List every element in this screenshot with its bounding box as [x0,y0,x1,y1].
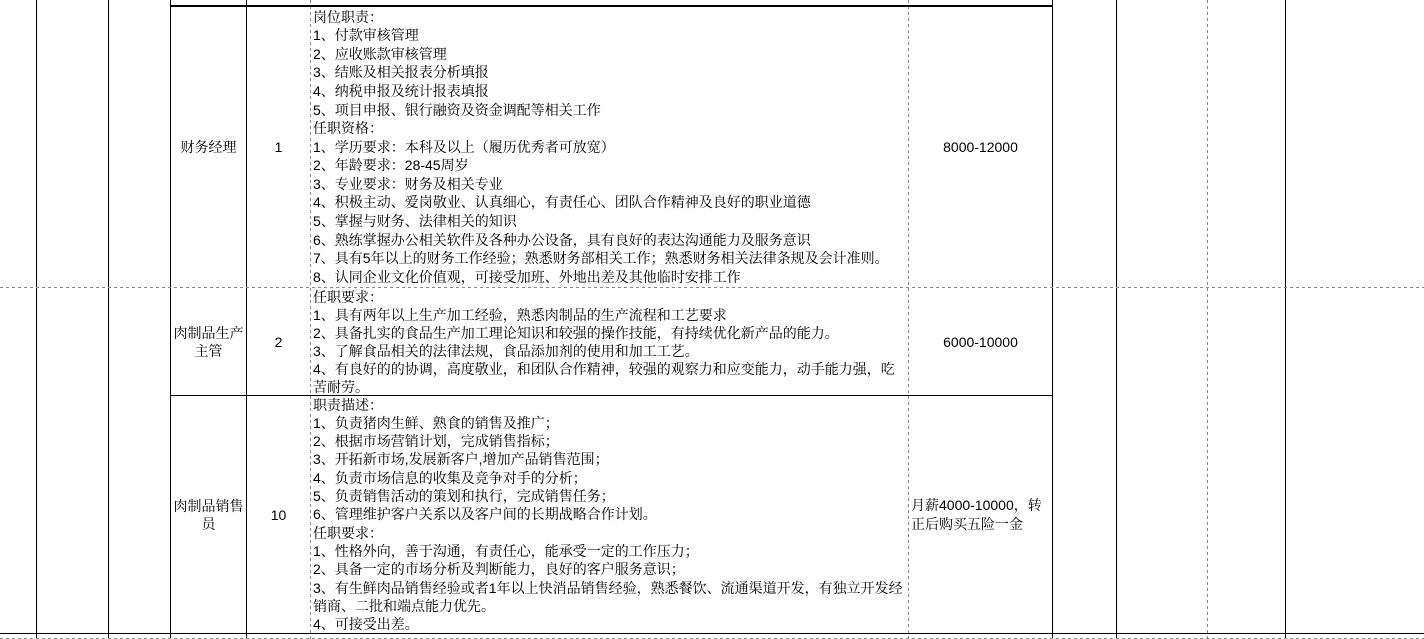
job-description-cell[interactable]: 任职要求： 1、具有两年以上生产加工经验，熟悉肉制品的生产流程和工艺要求 2、具… [311,288,908,395]
job-description-text: 岗位职责： 1、付款审核管理 2、应收账款审核管理 3、结账及相关报表分析填报 … [311,8,907,287]
headcount-cell[interactable]: 1 [247,7,310,287]
spreadsheet-canvas: 财务经理 1 岗位职责： 1、付款审核管理 2、应收账款审核管理 3、结账及相关… [0,0,1424,639]
job-title-cell[interactable]: 肉制品销售员 [171,396,246,633]
grid-vline-col-g [1116,0,1117,639]
salary-cell[interactable]: 月薪4000-10000，转正后购买五险一金 [909,396,1052,633]
job-description-cell[interactable]: 职责描述： 1、负责猪肉生鲜、熟食的销售及推广； 2、根据市场营销计划，完成销售… [311,396,908,633]
job-title-cell[interactable]: 肉制品生产主管 [171,288,246,395]
job-description-text: 任职要求： 1、具有两年以上生产加工经验，熟悉肉制品的生产流程和工艺要求 2、具… [311,288,907,396]
salary-cell[interactable]: 8000-12000 [909,7,1052,287]
salary-cell[interactable]: 6000-10000 [909,288,1052,395]
headcount-cell[interactable]: 10 [247,396,310,633]
job-description-text: 职责描述： 1、负责猪肉生鲜、熟食的销售及推广； 2、根据市场营销计划，完成销售… [311,396,907,634]
headcount-cell[interactable]: 2 [247,288,310,395]
job-title-cell[interactable]: 财务经理 [171,7,246,287]
job-description-cell[interactable]: 岗位职责： 1、付款审核管理 2、应收账款审核管理 3、结账及相关报表分析填报 … [311,7,908,287]
grid-vline-col-a [36,0,37,639]
grid-vline-col-f [1052,0,1053,639]
page-break-vline-right [1207,0,1208,639]
grid-vline-col-b [108,0,109,639]
grid-vline-col-i [1285,0,1286,639]
salary-text: 月薪4000-10000，转正后购买五险一金 [909,496,1052,534]
